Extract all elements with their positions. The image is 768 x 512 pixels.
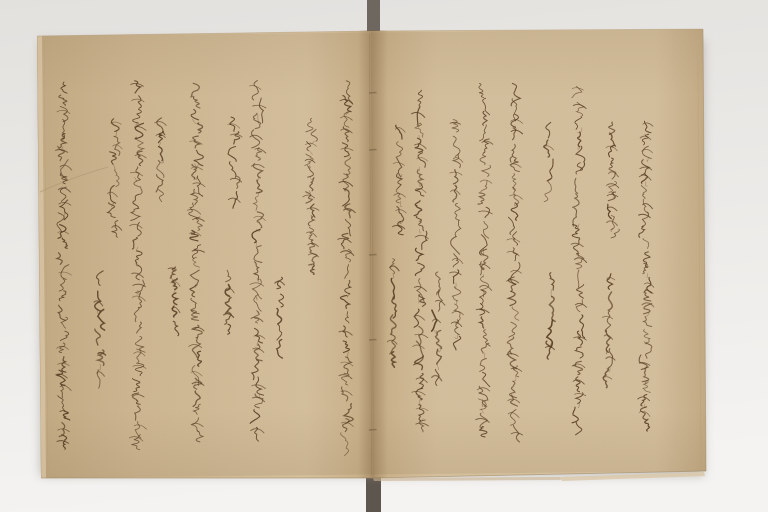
gutter xyxy=(358,30,388,478)
stitch-mark xyxy=(369,255,377,256)
manuscript-photo: kotobagaki: 松波の大夫たちおほして涼みのと会をめる水無瀬にてkoto… xyxy=(0,0,768,512)
stitch-mark xyxy=(369,340,377,341)
stitch-mark xyxy=(369,150,377,151)
stitch-mark xyxy=(369,430,377,431)
screenshot-root: kotobagaki: 松波の大夫たちおほして涼みのと会をめる水無瀬にてkoto… xyxy=(0,0,768,512)
open-book: kotobagaki: 松波の大夫たちおほして涼みのと会をめる水無瀬にてkoto… xyxy=(37,29,706,481)
stitch-mark xyxy=(369,93,377,94)
